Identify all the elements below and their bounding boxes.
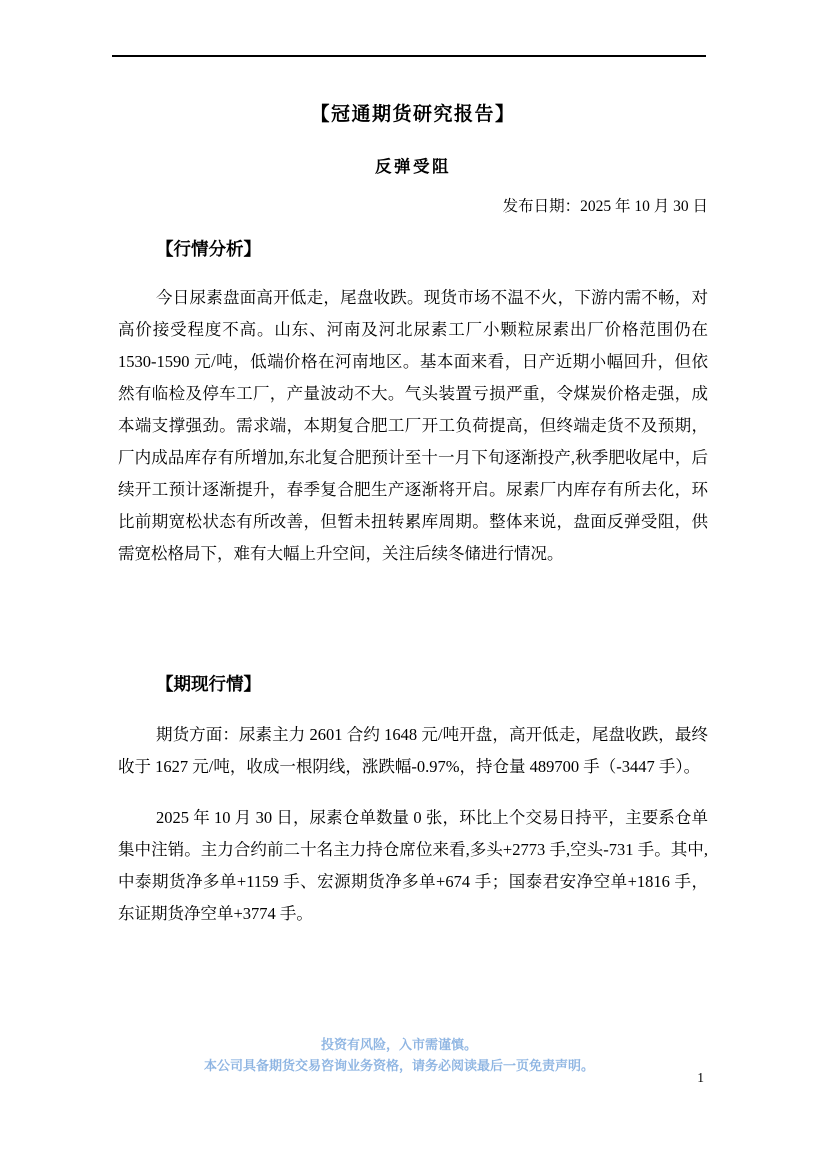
disclaimer-text: 本公司具备期货交易咨询业务资格，请务必阅读最后一页免责声明。 xyxy=(0,1058,798,1074)
section-futures-spot: 【期现行情】 期货方面：尿素主力 2601 合约 1648 元/吨开盘，高开低走… xyxy=(118,672,708,930)
report-content: 【冠通期货研究报告】 反弹受阻 发布日期：2025 年 10 月 30 日 【行… xyxy=(118,102,708,930)
section-heading-futures-spot: 【期现行情】 xyxy=(118,672,708,696)
publish-date: 发布日期：2025 年 10 月 30 日 xyxy=(118,196,708,218)
risk-warning-text: 投资有风险，入市需谨慎。 xyxy=(0,1037,798,1053)
section-market-analysis: 【行情分析】 今日尿素盘面高开低走，尾盘收跌。现货市场不温不火，下游内需不畅，对… xyxy=(118,237,708,570)
futures-summary-paragraph: 期货方面：尿素主力 2601 合约 1648 元/吨开盘，高开低走，尾盘收跌，最… xyxy=(118,719,708,783)
market-analysis-paragraph: 今日尿素盘面高开低走，尾盘收跌。现货市场不温不火，下游内需不畅，对高价接受程度不… xyxy=(118,282,708,570)
report-subtitle: 反弹受阻 xyxy=(118,156,708,178)
report-page: 【冠通期货研究报告】 反弹受阻 发布日期：2025 年 10 月 30 日 【行… xyxy=(0,0,826,1169)
section-heading-market-analysis: 【行情分析】 xyxy=(118,237,708,261)
header-rule xyxy=(112,55,706,57)
report-title: 【冠通期货研究报告】 xyxy=(118,102,708,128)
warehouse-receipt-paragraph: 2025 年 10 月 30 日，尿素仓单数量 0 张，环比上个交易日持平，主要… xyxy=(118,802,708,930)
page-number: 1 xyxy=(697,1070,704,1086)
